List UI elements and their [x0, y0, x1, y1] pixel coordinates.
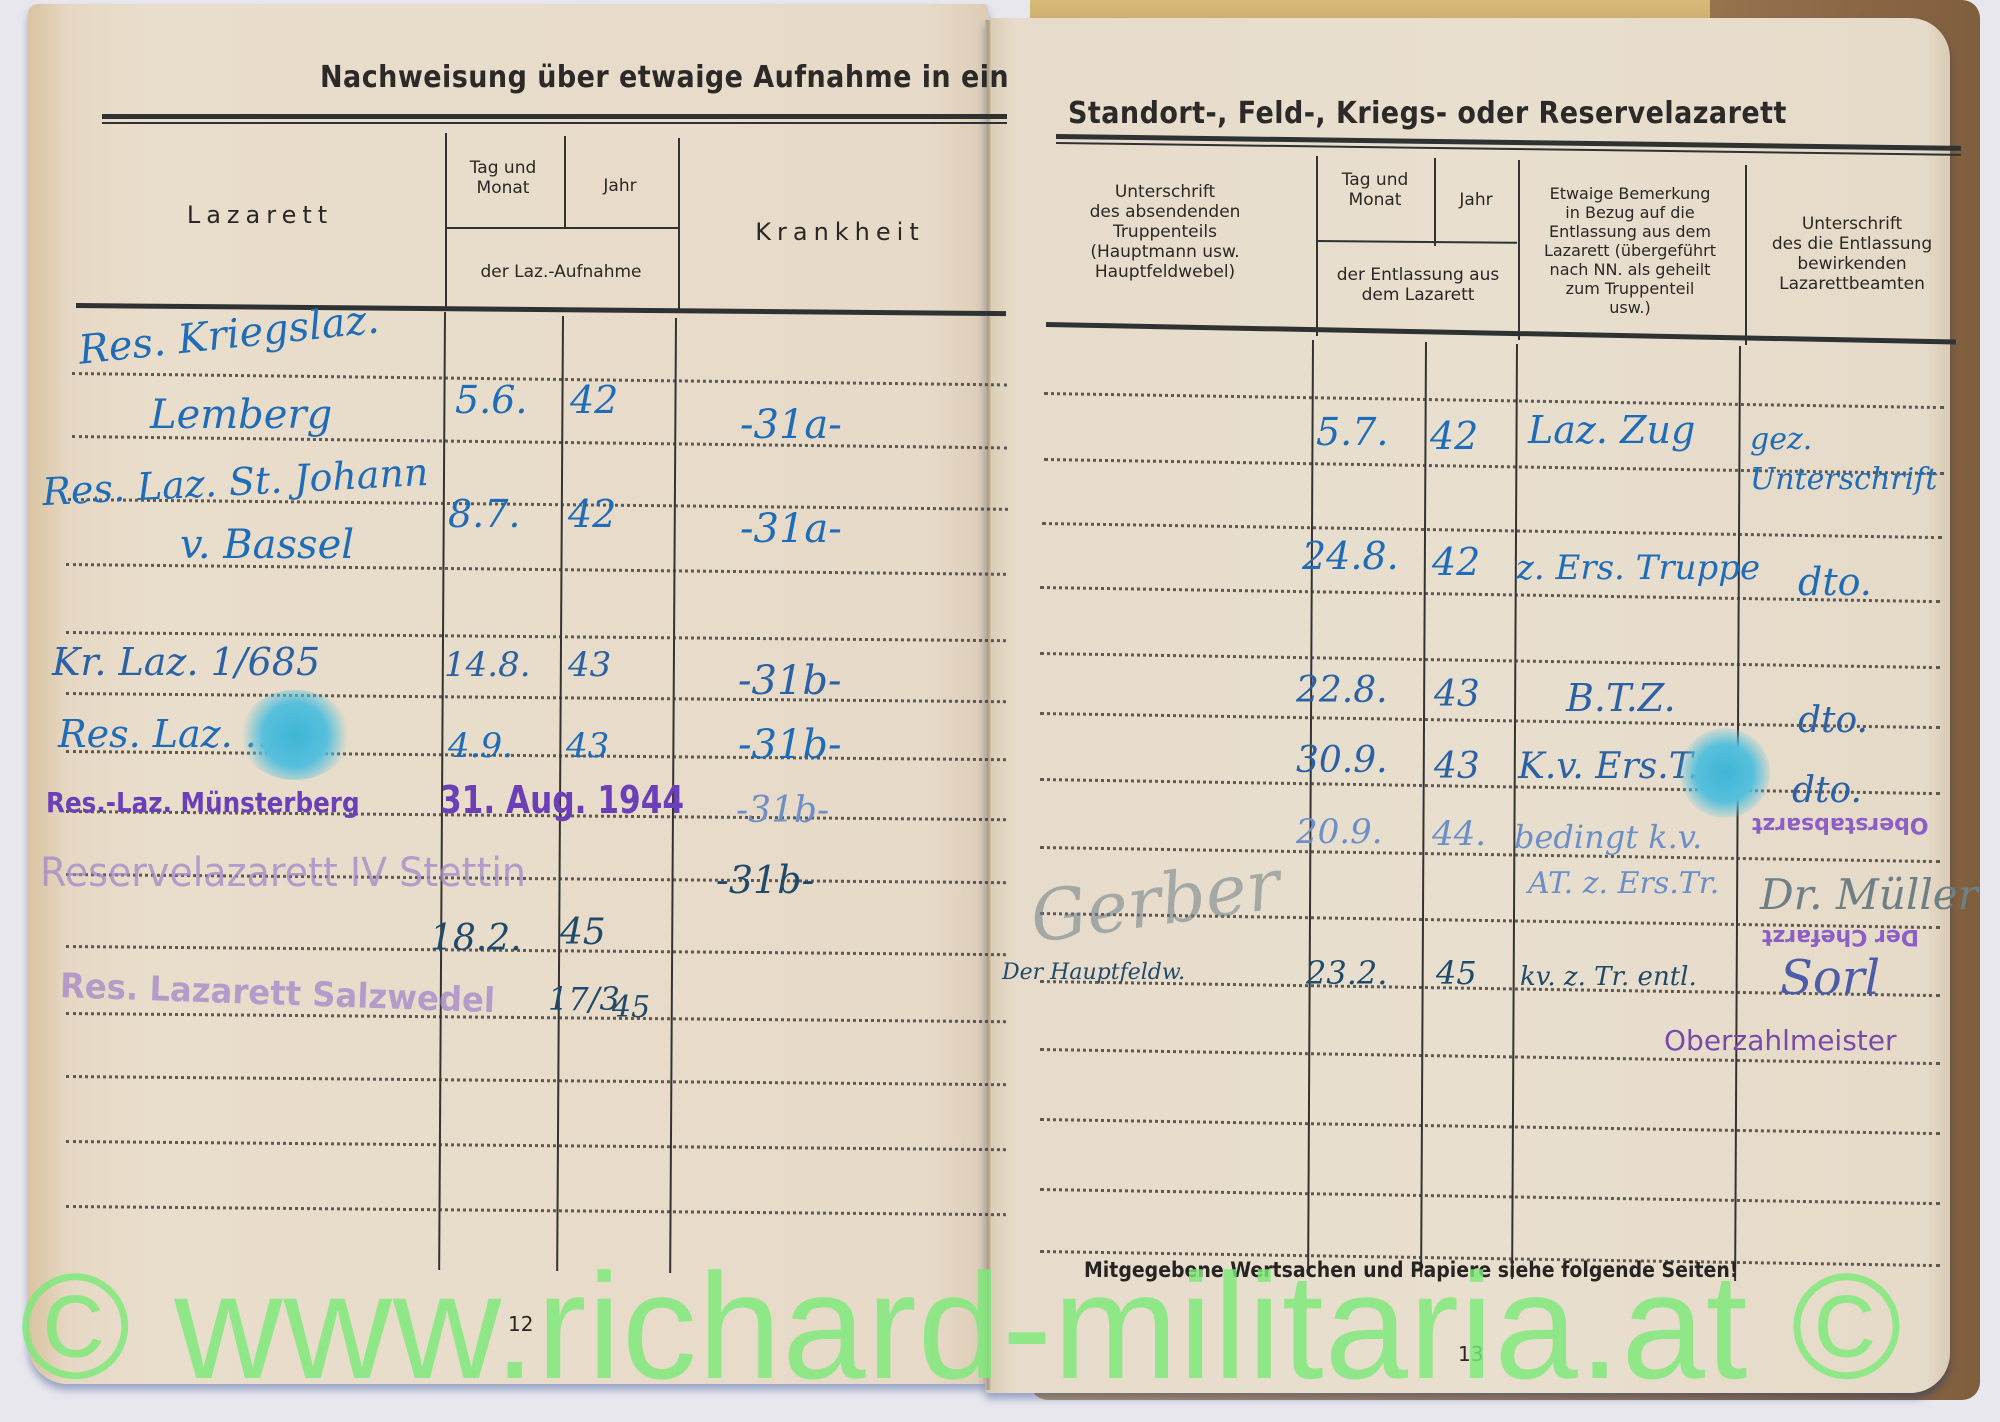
- hdr-divider: [445, 133, 447, 310]
- entry-7-tag-monat: 18.2.: [430, 918, 522, 959]
- stamp-date-1944: 31. Aug. 1944: [440, 778, 684, 822]
- footer-note: Mitgegebene Wertsachen und Papiere siehe…: [1084, 1258, 1738, 1282]
- hdr-divider: [1316, 156, 1318, 336]
- hdr-divider: [564, 136, 566, 228]
- r-entry-5-unterschrift: Dr. Müller: [1760, 870, 1978, 919]
- r-entry-5-jahr: 44.: [1432, 814, 1486, 854]
- r-entry-5-bemerkung: bedingt k.v.: [1514, 818, 1702, 856]
- col-krankheit: Krankheit: [700, 222, 980, 242]
- r-entry-1-jahr: 42: [1430, 414, 1478, 458]
- right-page-title: Standort-, Feld-, Kriegs- oder Reservela…: [1068, 96, 1787, 131]
- stamp-chefarzt: Der Chefarzt: [1762, 924, 1919, 949]
- r-entry-5-tag-monat: 20.9.: [1296, 812, 1383, 852]
- entry-3-tag-monat: 14.8.: [444, 645, 531, 685]
- entry-1-tag-monat: 5.6.: [455, 378, 528, 422]
- r-entry-5-bemerkung-2: AT. z. Ers.Tr.: [1528, 866, 1719, 901]
- entry-7-jahr: 45: [560, 912, 606, 953]
- col-tag-monat: Tag und Monat: [448, 158, 558, 198]
- stamp-oberstabsarzt: Oberstabsarzt: [1752, 812, 1929, 837]
- entry-4-tag-monat: 4.9.: [448, 726, 513, 766]
- r-entry-3-bemerkung: B.T.Z.: [1566, 676, 1676, 720]
- stamp-muensterberg: Res.-Laz. Münsterberg: [46, 786, 360, 819]
- r-entry-7-bemerkung: kv. z. Tr. entl.: [1520, 962, 1697, 992]
- entry-1-krankheit: -31a-: [740, 402, 842, 448]
- entry-3-jahr: 43: [568, 645, 611, 685]
- entry-3-krankheit: -31b-: [738, 658, 842, 704]
- entry-8-jahr: 45: [612, 990, 650, 1025]
- page-number-left: 12: [508, 1312, 533, 1336]
- r-entry-3-jahr: 43: [1434, 674, 1480, 715]
- r-entry-4-tag-monat: 30.9.: [1296, 740, 1388, 781]
- col-tag-monat-right: Tag und Monat: [1320, 170, 1430, 210]
- left-page-title: Nachweisung über etwaige Aufnahme in ein: [320, 60, 1009, 95]
- hdr-divider: [1434, 158, 1436, 246]
- header-rule-thick: [102, 114, 1007, 119]
- entry-2-tag-monat: 8.7.: [448, 492, 521, 536]
- col-jahr-right: Jahr: [1436, 190, 1516, 210]
- r-entry-7-jahr: 45: [1436, 954, 1477, 992]
- r-entry-3-unterschrift: dto.: [1798, 700, 1868, 741]
- stamp-stettin: Reservelazarett IV Stettin: [40, 850, 526, 896]
- col-sub-entlassung: der Entlassung aus dem Lazarett: [1318, 265, 1518, 305]
- ink-blot: [240, 690, 350, 780]
- r-entry-4-jahr: 43: [1434, 746, 1480, 787]
- r-entry-7-tag-monat: 23.2.: [1306, 954, 1387, 992]
- col-bemerkung: Etwaige Bemerkung in Bezug auf die Entla…: [1520, 184, 1740, 317]
- hdr-divider: [1518, 160, 1520, 340]
- entry-1-lazarett-2: Lemberg: [150, 392, 332, 438]
- hdr-divider: [1745, 165, 1747, 345]
- r-entry-7-unterschrift: Sorl: [1780, 950, 1880, 1006]
- r-entry-4-bemerkung: K.v. Ers.T.: [1518, 746, 1699, 787]
- entry-2-jahr: 42: [568, 492, 616, 536]
- col-unterschrift-beamten: Unterschrift des die Entlassung bewirken…: [1752, 214, 1952, 294]
- r-entry-1-bemerkung: Laz. Zug: [1528, 408, 1695, 452]
- entry-3-lazarett: Kr. Laz. 1/685: [52, 640, 320, 684]
- entry-2-krankheit: -31a-: [740, 506, 842, 552]
- book-spine: [985, 20, 991, 1390]
- r-entry-3-tag-monat: 22.8.: [1296, 670, 1388, 711]
- r-entry-7-truppenteil: Der Hauptfeldw.: [1002, 960, 1185, 985]
- entry-8-date: 17/3: [548, 980, 620, 1018]
- header-rule-thin: [102, 122, 1007, 124]
- hdr-subrule: [446, 227, 678, 229]
- entry-4-krankheit: -31b-: [738, 722, 842, 768]
- entry-1-jahr: 42: [570, 378, 618, 422]
- r-entry-4-unterschrift: dto.: [1792, 770, 1862, 811]
- col-sub-aufnahme: der Laz.-Aufnahme: [446, 262, 676, 282]
- hdr-divider: [678, 138, 680, 310]
- entry-2-lazarett-2: v. Bassel: [180, 522, 354, 568]
- r-entry-2-jahr: 42: [1432, 540, 1480, 584]
- r-entry-2-bemerkung: z. Ers. Truppe: [1516, 548, 1760, 588]
- ink-blot: [1680, 728, 1770, 818]
- col-unterschrift-truppenteil: Unterschrift des absendenden Truppenteil…: [1055, 182, 1275, 282]
- entry-5-krankheit: -31b-: [736, 790, 829, 831]
- r-entry-2-unterschrift: dto.: [1798, 560, 1872, 604]
- entry-4-jahr: 43: [566, 726, 609, 766]
- page-number-right: 13: [1458, 1342, 1483, 1366]
- r-entry-1-unterschrift: gez. Unterschrift: [1750, 420, 1940, 500]
- entry-6-krankheit: -31b-: [716, 858, 814, 902]
- r-entry-1-tag-monat: 5.7.: [1316, 410, 1389, 454]
- r-entry-2-tag-monat: 24.8.: [1302, 534, 1399, 578]
- stamp-oberzahlmeister: Oberzahlmeister: [1664, 1024, 1897, 1057]
- col-lazarett: Lazarett: [130, 205, 390, 225]
- col-jahr: Jahr: [570, 176, 670, 196]
